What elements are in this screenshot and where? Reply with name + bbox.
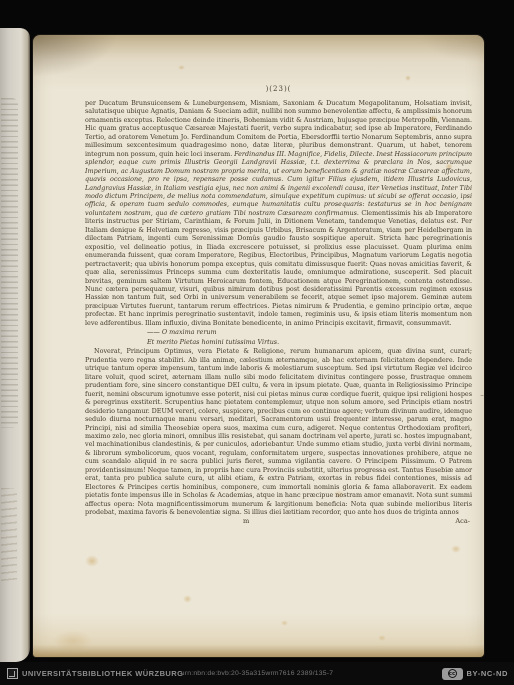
marginal-ink-mark: ~ xyxy=(479,393,484,400)
foxing-spot xyxy=(53,630,93,652)
facing-page-text-ghost xyxy=(1,98,18,428)
license-label: BY-NC-ND xyxy=(467,669,508,678)
verse-quote-line-1: —— O maxima rerum xyxy=(147,328,472,337)
library-logo-icon xyxy=(7,668,18,679)
scan-viewer: { "scan": { "page_color": "#ece6d6", "in… xyxy=(0,0,514,685)
license-badge: cc BY-NC-ND xyxy=(442,668,508,680)
foxing-spot xyxy=(451,545,461,553)
foxing-spot xyxy=(405,75,411,81)
signature-letter: m xyxy=(243,517,249,525)
catchword: Aca- xyxy=(455,517,470,525)
cc-circle-glyph: cc xyxy=(448,669,457,678)
facing-page-fore-edge xyxy=(0,28,30,662)
foxing-spot xyxy=(178,65,185,70)
library-brand: UNIVERSITÄTSBIBLIOTHEK WÜRZBURG xyxy=(7,668,183,679)
library-name: UNIVERSITÄTSBIBLIOTHEK WÜRZBURG xyxy=(22,669,183,678)
foxing-spot xyxy=(183,595,192,603)
verse-quote-line-2: Et merito Pietas homini tutissima Virtus… xyxy=(147,338,472,347)
facing-page-handwriting-ghost xyxy=(1,488,17,583)
urn-identifier: urn:nbn:de:bvb:20-35a315wrm7616 2389/135… xyxy=(181,670,333,677)
footer-bar: UNIVERSITÄTSBIBLIOTHEK WÜRZBURG urn:nbn:… xyxy=(0,662,514,685)
page-foot-line: m Aca- xyxy=(85,517,472,527)
printed-text-block: )(23)( per Ducatum Brunsuicensem & Luneb… xyxy=(85,85,472,527)
ferdinand-iii-letter-segment: Ferdinandus III. Magnifice, Fidelis, Dil… xyxy=(85,150,472,217)
paragraph-peregrination: per Ducatum Brunsuicensem & Luneburgense… xyxy=(85,99,472,327)
cc-icon: cc xyxy=(442,668,463,680)
foxing-spot xyxy=(281,620,288,626)
book-page: )(23)( per Ducatum Brunsuicensem & Luneb… xyxy=(33,35,484,657)
travel-narrative-continuation: Clementissimis his ab Imperatore literis… xyxy=(85,209,472,327)
gathering-signature-mark: )(23)( xyxy=(85,85,472,93)
paragraph-pietas: Noverat, Principum Optimus, vera Pietate… xyxy=(85,347,472,516)
foxing-spot xyxy=(85,555,99,567)
foxing-spot xyxy=(378,635,386,641)
